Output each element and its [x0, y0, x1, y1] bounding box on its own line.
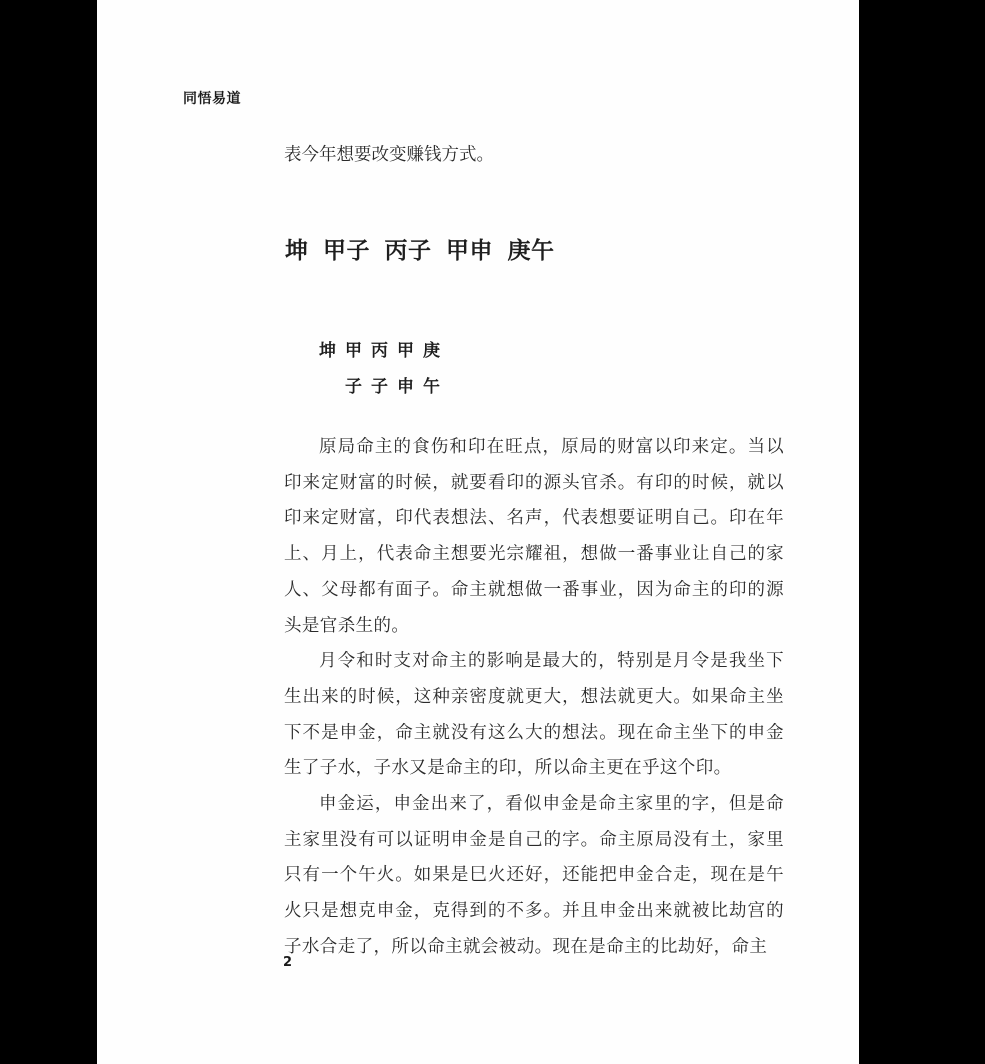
branch-month: 子: [371, 372, 397, 397]
earthly-branches-row: 子 子 申 午: [319, 366, 449, 402]
stem-hour: 庚: [423, 336, 449, 361]
paragraph: 申金运，申金出来了，看似申金是命主家里的字，但是命主家里没有可以证明申金是自己的…: [284, 787, 784, 966]
running-header: 同悟易道: [183, 88, 241, 108]
stem-day: 甲: [397, 336, 423, 361]
page-number: 2: [283, 955, 292, 970]
paragraph: 月令和时支对命主的影响是最大的，特别是月令是我坐下生出来的时候，这种亲密度就更大…: [284, 644, 784, 787]
stem-gender: 坤: [319, 336, 345, 361]
four-pillars-chart: 坤 甲 丙 甲 庚 子 子 申 午: [319, 330, 449, 402]
document-viewer: 同悟易道 表今年想要改变赚钱方式。 坤 甲子 丙子 甲申 庚午 坤 甲 丙 甲 …: [0, 0, 985, 1064]
stem-month: 丙: [371, 336, 397, 361]
branch-hour: 午: [423, 372, 449, 397]
branch-day: 申: [397, 372, 423, 397]
branch-year: 子: [345, 372, 371, 397]
heavenly-stems-row: 坤 甲 丙 甲 庚: [319, 330, 449, 366]
intro-line: 表今年想要改变赚钱方式。: [284, 142, 494, 168]
chart-title: 坤 甲子 丙子 甲申 庚午: [285, 232, 555, 265]
book-page: 同悟易道 表今年想要改变赚钱方式。 坤 甲子 丙子 甲申 庚午 坤 甲 丙 甲 …: [97, 0, 859, 1064]
body-content: 原局命主的食伤和印在旺点，原局的财富以印来定。当以印来定财富的时候，就要看印的源…: [284, 430, 784, 966]
paragraph: 原局命主的食伤和印在旺点，原局的财富以印来定。当以印来定财富的时候，就要看印的源…: [284, 430, 784, 644]
stem-year: 甲: [345, 336, 371, 361]
